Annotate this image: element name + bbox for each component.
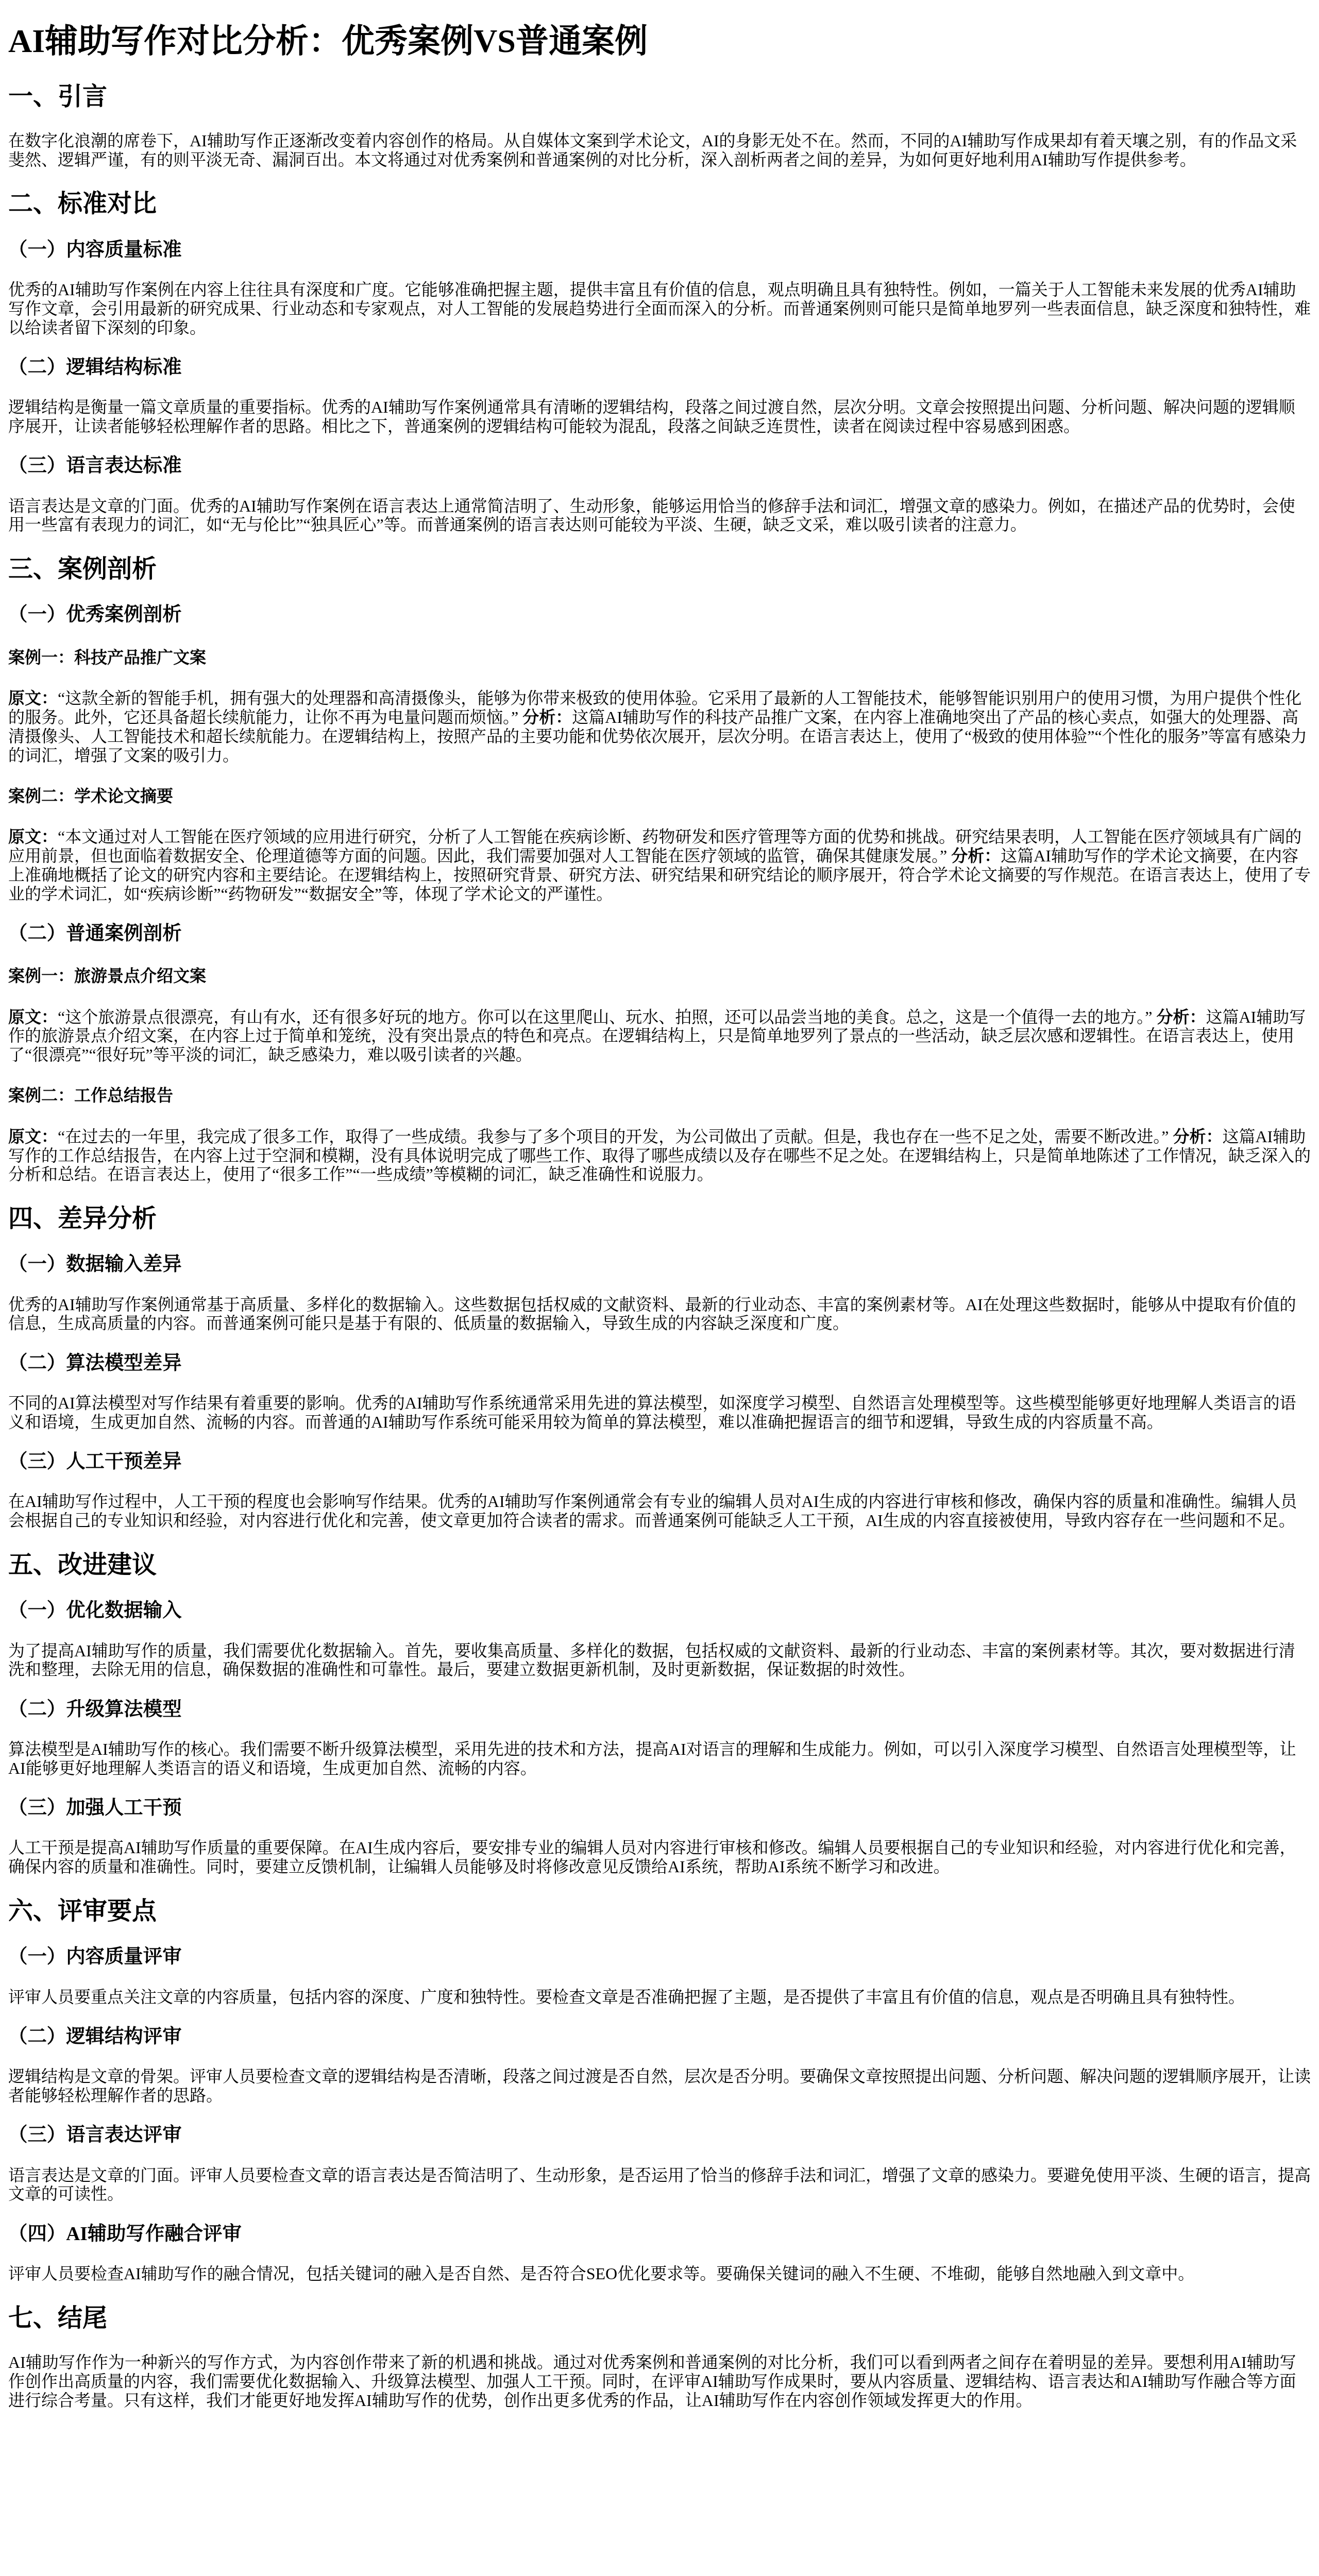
paragraph: 语言表达是文章的门面。评审人员要检查文章的语言表达是否简洁明了、生动形象，是否运…	[8, 2166, 1311, 2204]
paragraph: 人工干预是提高AI辅助写作质量的重要保障。在AI生成内容后，要安排专业的编辑人员…	[8, 1838, 1311, 1876]
section-heading: 二、标准对比	[8, 190, 1311, 218]
analysis-label: 分析：	[1156, 1008, 1206, 1026]
paragraph: 不同的AI算法模型对写作结果有着重要的影响。优秀的AI辅助写作系统通常采用先进的…	[8, 1394, 1311, 1432]
paragraph: 为了提高AI辅助写作的质量，我们需要优化数据输入。首先，要收集高质量、多样化的数…	[8, 1641, 1311, 1680]
case-heading: 案例二：学术论文摘要	[8, 787, 1311, 806]
subsection-heading: （二）普通案例剖析	[8, 923, 1311, 945]
original-label: 原文：	[8, 1127, 58, 1146]
subsection-heading: （三）人工干预差异	[8, 1451, 1311, 1473]
paragraph: 在数字化浪潮的席卷下，AI辅助写作正逐渐改变着内容创作的格局。从自媒体文案到学术…	[8, 131, 1311, 170]
section-heading: 四、差异分析	[8, 1205, 1311, 1233]
paragraph: 在AI辅助写作过程中，人工干预的程度也会影响写作结果。优秀的AI辅助写作案例通常…	[8, 1492, 1311, 1530]
case-paragraph: 原文：“这个旅游景点很漂亮，有山有水，还有很多好玩的地方。你可以在这里爬山、玩水…	[8, 1008, 1311, 1064]
subsection-heading: （二）升级算法模型	[8, 1699, 1311, 1721]
paragraph: 逻辑结构是文章的骨架。评审人员要检查文章的逻辑结构是否清晰，段落之间过渡是否自然…	[8, 2067, 1311, 2105]
section-heading: 五、改进建议	[8, 1551, 1311, 1579]
case-paragraph: 原文：“这款全新的智能手机，拥有强大的处理器和高清摄像头，能够为你带来极致的使用…	[8, 689, 1311, 765]
original-label: 原文：	[8, 827, 58, 846]
paragraph: 评审人员要检查AI辅助写作的融合情况，包括关键词的融入是否自然、是否符合SEO优…	[8, 2264, 1311, 2283]
section-heading: 六、评审要点	[8, 1897, 1311, 1925]
section-heading: 七、结尾	[8, 2304, 1311, 2332]
subsection-heading: （一）数据输入差异	[8, 1253, 1311, 1276]
subsection-heading: （一）优化数据输入	[8, 1600, 1311, 1622]
section-heading: 一、引言	[8, 82, 1311, 111]
section-differences: 四、差异分析 （一）数据输入差异 优秀的AI辅助写作案例通常基于高质量、多样化的…	[8, 1205, 1311, 1530]
section-review: 六、评审要点 （一）内容质量评审 评审人员要重点关注文章的内容质量，包括内容的深…	[8, 1897, 1311, 2283]
paragraph: AI辅助写作作为一种新兴的写作方式，为内容创作带来了新的机遇和挑战。通过对优秀案…	[8, 2353, 1311, 2410]
paragraph: 逻辑结构是衡量一篇文章质量的重要指标。优秀的AI辅助写作案例通常具有清晰的逻辑结…	[8, 398, 1311, 436]
subsection-heading: （二）逻辑结构标准	[8, 357, 1311, 379]
case-paragraph: 原文：“本文通过对人工智能在医疗领域的应用进行研究，分析了人工智能在疾病诊断、药…	[8, 827, 1311, 903]
original-text: “这个旅游景点很漂亮，有山有水，还有很多好玩的地方。你可以在这里爬山、玩水、拍照…	[58, 1008, 1156, 1026]
subsection-heading: （二）逻辑结构评审	[8, 2026, 1311, 2048]
original-label: 原文：	[8, 1008, 58, 1026]
page-title: AI辅助写作对比分析：优秀案例VS普通案例	[8, 22, 1311, 60]
section-conclusion: 七、结尾 AI辅助写作作为一种新兴的写作方式，为内容创作带来了新的机遇和挑战。通…	[8, 2304, 1311, 2410]
paragraph: 语言表达是文章的门面。优秀的AI辅助写作案例在语言表达上通常简洁明了、生动形象，…	[8, 497, 1311, 535]
document: AI辅助写作对比分析：优秀案例VS普通案例 一、引言 在数字化浪潮的席卷下，AI…	[8, 22, 1311, 2410]
original-label: 原文：	[8, 689, 58, 707]
subsection-heading: （四）AI辅助写作融合评审	[8, 2223, 1311, 2245]
section-standards: 二、标准对比 （一）内容质量标准 优秀的AI辅助写作案例在内容上往往具有深度和广…	[8, 190, 1311, 534]
subsection-heading: （一）内容质量评审	[8, 1946, 1311, 1968]
subsection-heading: （三）语言表达评审	[8, 2124, 1311, 2146]
section-intro: 一、引言 在数字化浪潮的席卷下，AI辅助写作正逐渐改变着内容创作的格局。从自媒体…	[8, 82, 1311, 170]
original-text: “在过去的一年里，我完成了很多工作，取得了一些成绩。我参与了多个项目的开发，为公…	[58, 1127, 1173, 1146]
paragraph: 算法模型是AI辅助写作的核心。我们需要不断升级算法模型，采用先进的技术和方法，提…	[8, 1740, 1311, 1778]
case-heading: 案例二：工作总结报告	[8, 1086, 1311, 1105]
paragraph: 评审人员要重点关注文章的内容质量，包括内容的深度、广度和独特性。要检查文章是否准…	[8, 1988, 1311, 2007]
section-suggestions: 五、改进建议 （一）优化数据输入 为了提高AI辅助写作的质量，我们需要优化数据输…	[8, 1551, 1311, 1876]
subsection-heading: （一）内容质量标准	[8, 239, 1311, 261]
subsection-heading: （一）优秀案例剖析	[8, 604, 1311, 626]
section-cases: 三、案例剖析 （一）优秀案例剖析 案例一：科技产品推广文案 原文：“这款全新的智…	[8, 555, 1311, 1184]
paragraph: 优秀的AI辅助写作案例在内容上往往具有深度和广度。它能够准确把握主题，提供丰富且…	[8, 280, 1311, 337]
case-paragraph: 原文：“在过去的一年里，我完成了很多工作，取得了一些成绩。我参与了多个项目的开发…	[8, 1127, 1311, 1184]
paragraph: 优秀的AI辅助写作案例通常基于高质量、多样化的数据输入。这些数据包括权威的文献资…	[8, 1295, 1311, 1333]
case-heading: 案例一：科技产品推广文案	[8, 648, 1311, 667]
section-heading: 三、案例剖析	[8, 555, 1311, 583]
analysis-label: 分析：	[1173, 1127, 1222, 1146]
analysis-label: 分析：	[522, 708, 572, 726]
subsection-heading: （三）语言表达标准	[8, 455, 1311, 477]
case-heading: 案例一：旅游景点介绍文案	[8, 967, 1311, 986]
subsection-heading: （二）算法模型差异	[8, 1352, 1311, 1375]
subsection-heading: （三）加强人工干预	[8, 1797, 1311, 1819]
analysis-label: 分析：	[951, 846, 1001, 865]
